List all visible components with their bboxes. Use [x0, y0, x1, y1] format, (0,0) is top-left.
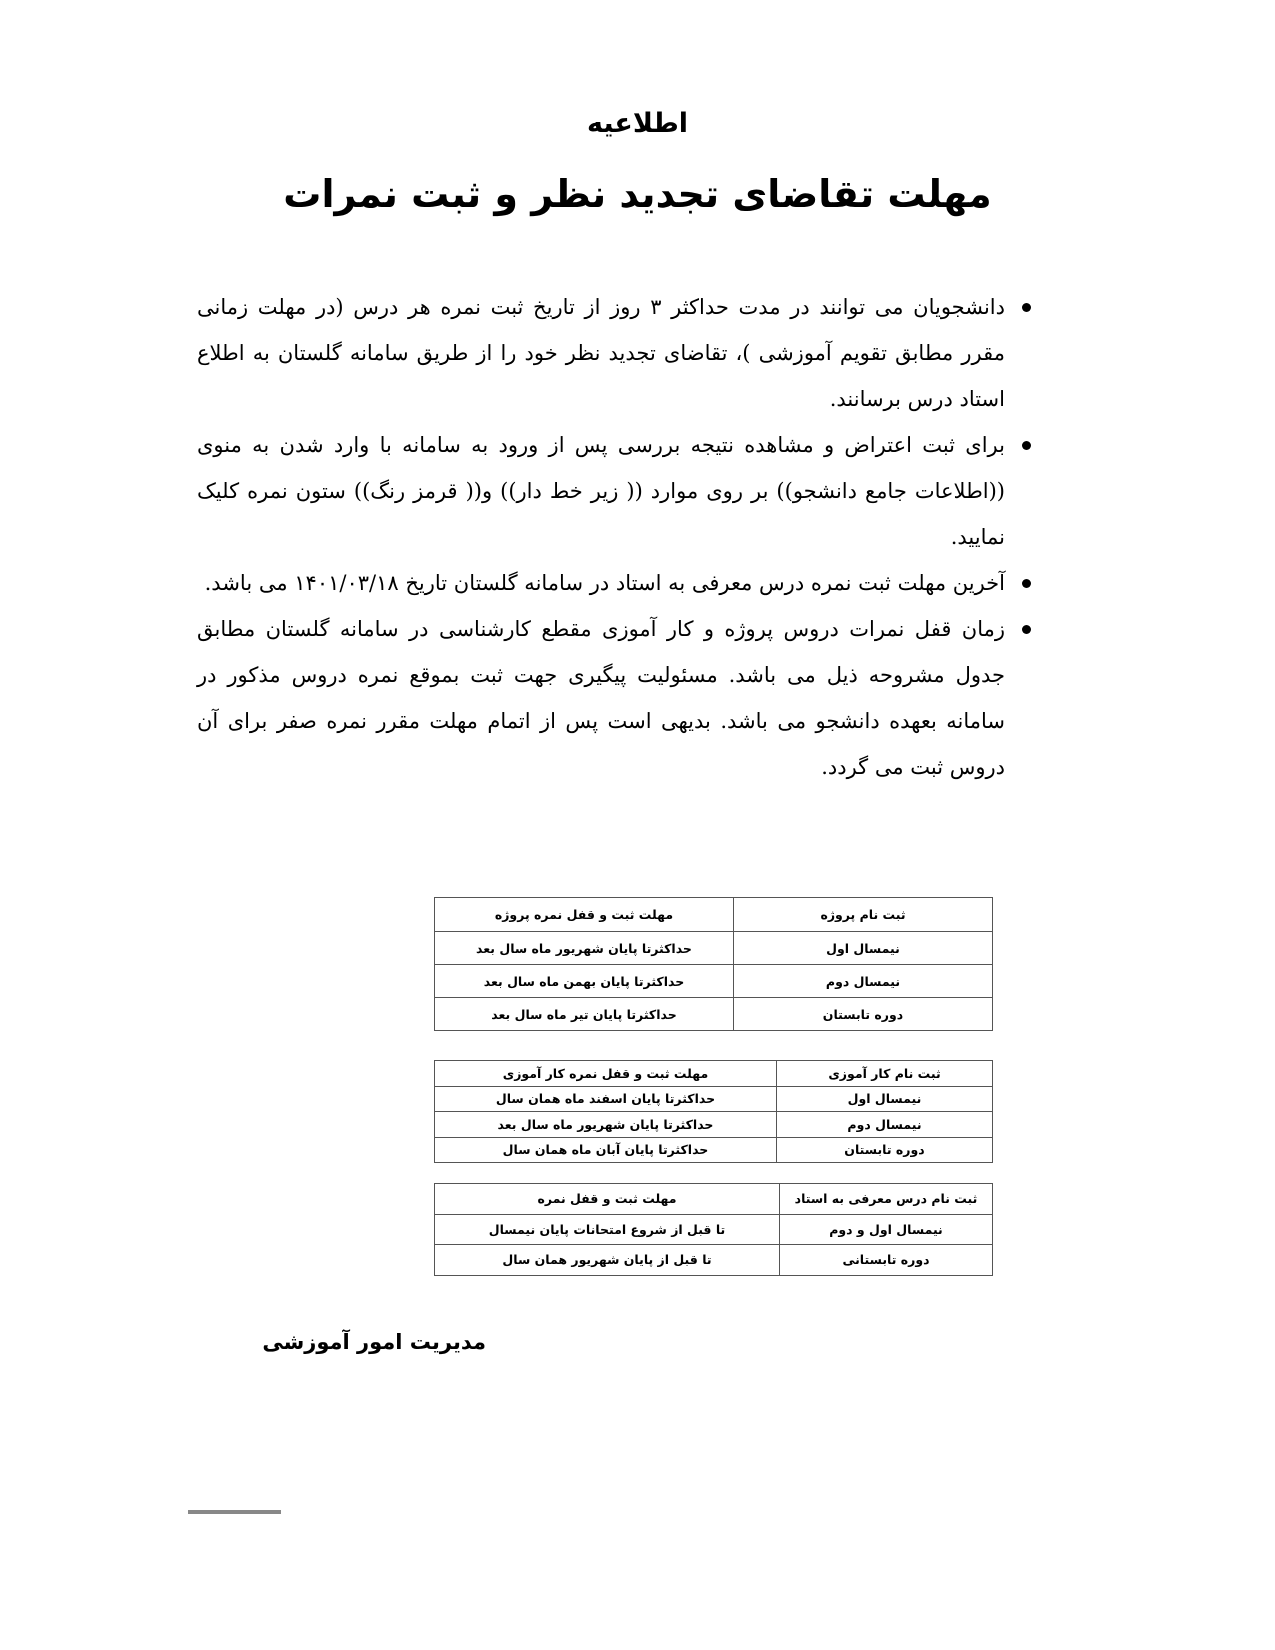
table-cell: نیمسال دوم: [777, 1112, 993, 1138]
bullet-icon: [1022, 579, 1031, 588]
bullet-icon: [1022, 625, 1031, 634]
bullet-text: برای ثبت اعتراض و مشاهده نتیجه بررسی پس …: [197, 433, 1005, 549]
bullet-icon: [1022, 441, 1031, 450]
table-row: دوره تابستان حداکثرتا پایان تیر ماه سال …: [435, 998, 993, 1031]
table-cell: حداکثرتا پایان آبان ماه همان سال: [435, 1137, 777, 1163]
bullet-text: دانشجویان می توانند در مدت حداکثر ۳ روز …: [197, 295, 1005, 411]
bullet-text: آخرین مهلت ثبت نمره درس معرفی به استاد د…: [205, 571, 1005, 595]
table-row: نیمسال اول حداکثرتا پایان اسفند ماه همان…: [435, 1086, 993, 1112]
page-title: مهلت تقاضای تجدید نظر و ثبت نمرات: [0, 172, 1275, 216]
table-header-row: ثبت نام کار آموزی مهلت ثبت و قفل نمره کا…: [435, 1061, 993, 1087]
table-row: دوره تابستان حداکثرتا پایان آبان ماه هما…: [435, 1137, 993, 1163]
table-cell: تا قبل از شروع امتحانات پایان نیمسال: [435, 1214, 780, 1245]
table-cell: نیمسال اول و دوم: [780, 1214, 993, 1245]
table-cell: نیمسال اول: [777, 1086, 993, 1112]
table-cell: حداکثرتا پایان تیر ماه سال بعد: [435, 998, 734, 1031]
table-header-cell: مهلت ثبت و قفل نمره: [435, 1184, 780, 1215]
internship-deadline-table: ثبت نام کار آموزی مهلت ثبت و قفل نمره کا…: [434, 1060, 993, 1163]
table-header-cell: مهلت ثبت و قفل نمره پروژه: [435, 898, 734, 932]
table-cell: حداکثرتا پایان شهریور ماه سال بعد: [435, 932, 734, 965]
footnote-separator: [188, 1510, 281, 1514]
notice-bullet-list: دانشجویان می توانند در مدت حداکثر ۳ روز …: [197, 284, 1037, 790]
table-row: نیمسال دوم حداکثرتا پایان شهریور ماه سال…: [435, 1112, 993, 1138]
bullet-item: دانشجویان می توانند در مدت حداکثر ۳ روز …: [197, 284, 1037, 422]
table-cell: نیمسال دوم: [734, 965, 993, 998]
project-deadline-table: ثبت نام پروژه مهلت ثبت و قفل نمره پروژه …: [434, 897, 993, 1031]
table-row: نیمسال اول و دوم تا قبل از شروع امتحانات…: [435, 1214, 993, 1245]
bullet-item: برای ثبت اعتراض و مشاهده نتیجه بررسی پس …: [197, 422, 1037, 560]
bullet-text: زمان قفل نمرات دروس پروژه و کار آموزی مق…: [197, 617, 1005, 779]
instructor-referral-deadline-table: ثبت نام درس معرفی به استاد مهلت ثبت و قف…: [434, 1183, 993, 1276]
table-row: نیمسال دوم حداکثرتا پایان بهمن ماه سال ب…: [435, 965, 993, 998]
table-cell: نیمسال اول: [734, 932, 993, 965]
table-header-row: ثبت نام درس معرفی به استاد مهلت ثبت و قف…: [435, 1184, 993, 1215]
table-cell: حداکثرتا پایان بهمن ماه سال بعد: [435, 965, 734, 998]
bullet-item: آخرین مهلت ثبت نمره درس معرفی به استاد د…: [197, 560, 1037, 606]
table-cell: حداکثرتا پایان شهریور ماه سال بعد: [435, 1112, 777, 1138]
table-row: نیمسال اول حداکثرتا پایان شهریور ماه سال…: [435, 932, 993, 965]
bullet-item: زمان قفل نمرات دروس پروژه و کار آموزی مق…: [197, 606, 1037, 790]
table-cell: حداکثرتا پایان اسفند ماه همان سال: [435, 1086, 777, 1112]
bullet-icon: [1022, 303, 1031, 312]
table-header-cell: مهلت ثبت و قفل نمره کار آموزی: [435, 1061, 777, 1087]
table-row: دوره تابستانی تا قبل از پایان شهریور هما…: [435, 1245, 993, 1276]
table-cell: دوره تابستانی: [780, 1245, 993, 1276]
table-header-cell: ثبت نام کار آموزی: [777, 1061, 993, 1087]
notice-kicker: اطلاعیه: [0, 108, 1275, 139]
table-header-row: ثبت نام پروژه مهلت ثبت و قفل نمره پروژه: [435, 898, 993, 932]
table-header-cell: ثبت نام پروژه: [734, 898, 993, 932]
table-cell: دوره تابستان: [777, 1137, 993, 1163]
table-header-cell: ثبت نام درس معرفی به استاد: [780, 1184, 993, 1215]
signature: مدیریت امور آموزشی: [286, 1330, 486, 1354]
table-cell: دوره تابستان: [734, 998, 993, 1031]
table-cell: تا قبل از پایان شهریور همان سال: [435, 1245, 780, 1276]
